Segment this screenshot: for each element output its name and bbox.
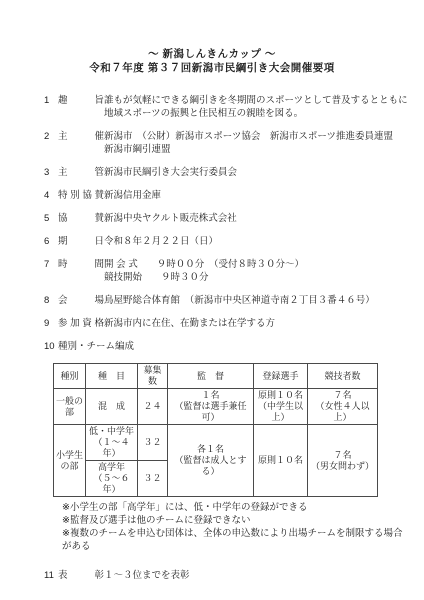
item-content: １～３位までを表彰: [104, 569, 190, 582]
item-content: 新潟市内に在住、在勤または在学する方: [104, 317, 275, 330]
item-label: 会 場: [58, 294, 104, 307]
item-label: 参加資格: [58, 317, 104, 330]
item-number: 1: [44, 94, 58, 107]
item-label: 協 賛: [58, 212, 104, 225]
cell-slots: ３２: [138, 461, 168, 497]
header-event: 種 目: [86, 364, 138, 389]
content-line: 新潟中央ヤクルト販売株式会社: [104, 212, 237, 225]
item-date: 6 期 日 令和８年２月２２日（日）: [44, 235, 410, 248]
item-label: 主 催: [58, 130, 104, 143]
note-line: ※監督及び選手は他のチームに登録できない: [62, 514, 410, 527]
cell-line: １名: [170, 390, 251, 401]
item-content: 新潟市民綱引き大会実行委員会: [104, 166, 237, 179]
cell-category: 小学生 の部: [54, 425, 86, 497]
item-number: 4: [44, 189, 58, 202]
item-team-composition: 10 種別・チーム編成: [44, 340, 410, 353]
item-label: 主 管: [58, 166, 104, 179]
header-registered-players: 登録選手: [254, 364, 308, 389]
table-row-general: 一般の部 混 成 ２４ １名 （監督は選手兼任可） 原則１０名 （中学生以上） …: [54, 389, 378, 425]
cell-line: （１～４年）: [88, 437, 135, 459]
content-line: 令和８年２月２２日（日）: [104, 235, 218, 248]
content-line: １～３位までを表彰: [104, 569, 190, 582]
content-line: 誰もが気軽にできる綱引きを冬期間のスポーツとして普及するとともに: [104, 94, 408, 107]
document-page: ～ 新潟しんきんカップ ～ 令和７年度 第３７回新潟市民綱引き大会開催要項 1 …: [0, 0, 424, 600]
cell-competitors: ７名 （女性４人以上）: [308, 389, 378, 425]
item-label: 特別協賛: [58, 189, 104, 202]
title-line2: 令和７年度 第３７回新潟市民綱引き大会開催要項: [0, 61, 424, 75]
content-line: 新潟市綱引連盟: [104, 143, 393, 156]
cell-competitors: ７名 （男女問わず）: [308, 425, 378, 497]
cell-line: 小学生: [56, 450, 83, 461]
cell-line: （監督は成人とする）: [170, 455, 251, 477]
item-content: 令和８年２月２２日（日）: [104, 235, 218, 248]
item-content: 誰もが気軽にできる綱引きを冬期間のスポーツとして普及するとともに 地域スポーツの…: [104, 94, 408, 120]
content-line: 新潟市内に在住、在勤または在学する方: [104, 317, 275, 330]
item-purpose: 1 趣 旨 誰もが気軽にできる綱引きを冬期間のスポーツとして普及するとともに 地…: [44, 94, 410, 120]
content-line: 地域スポーツの振興と住民相互の親睦を図る。: [104, 107, 408, 120]
cell-event: 混 成: [86, 389, 138, 425]
item-number: 2: [44, 130, 58, 143]
cell-line: 低・中学年: [88, 426, 135, 437]
item-number: 10: [44, 340, 58, 353]
table-notes: ※小学生の部「高学年」には、低・中学年の登録ができる ※監督及び選手は他のチーム…: [62, 501, 410, 553]
item-number: 11: [44, 569, 58, 582]
item-label: 表 彰: [58, 569, 104, 582]
item-label: 種別・チーム編成: [58, 340, 134, 353]
cell-registered-players: 原則１０名: [254, 425, 308, 497]
item-management: 3 主 管 新潟市民綱引き大会実行委員会: [44, 166, 410, 179]
table-header-row: 種別 種 目 募集数 監 督 登録選手 競技者数: [54, 364, 378, 389]
item-content: 新潟市 （公財）新潟市スポーツ協会 新潟市スポーツ推進委員連盟 新潟市綱引連盟: [104, 130, 393, 156]
item-content: 開 会 式 ９時００分 （受付８時３０分～） 競技開始 ９時３０分: [104, 258, 304, 284]
items-list: 1 趣 旨 誰もが気軽にできる綱引きを冬期間のスポーツとして普及するとともに 地…: [0, 94, 424, 582]
cell-line: 各１名: [170, 444, 251, 455]
cell-category: 一般の部: [54, 389, 86, 425]
cell-line: 高学年: [88, 462, 135, 473]
item-number: 3: [44, 166, 58, 179]
item-label: 時 間: [58, 258, 104, 271]
item-eligibility: 9 参加資格 新潟市内に在住、在勤または在学する方: [44, 317, 410, 330]
content-line: 新潟市 （公財）新潟市スポーツ協会 新潟市スポーツ推進委員連盟: [104, 130, 393, 143]
item-sponsor: 5 協 賛 新潟中央ヤクルト販売株式会社: [44, 212, 410, 225]
title-line1: ～ 新潟しんきんカップ ～: [0, 47, 424, 61]
item-number: 7: [44, 258, 58, 271]
item-organizer: 2 主 催 新潟市 （公財）新潟市スポーツ協会 新潟市スポーツ推進委員連盟 新潟…: [44, 130, 410, 156]
item-number: 5: [44, 212, 58, 225]
cell-line: （男女問わず）: [310, 461, 375, 472]
item-label: 趣 旨: [58, 94, 104, 107]
note-line: ※小学生の部「高学年」には、低・中学年の登録ができる: [62, 501, 410, 514]
cell-line: （中学生以上）: [256, 401, 305, 423]
item-special-sponsor: 4 特別協賛 新潟信用金庫: [44, 189, 410, 202]
cell-registered-players: 原則１０名 （中学生以上）: [254, 389, 308, 425]
cell-line: 原則１０名: [256, 390, 305, 401]
header-category: 種別: [54, 364, 86, 389]
item-venue: 8 会 場 鳥屋野総合体育館 （新潟市中央区神道寺南２丁目３番４６号）: [44, 294, 410, 307]
cell-line: ７名: [310, 450, 375, 461]
item-content: 新潟信用金庫: [104, 189, 161, 202]
content-line: 開 会 式 ９時００分 （受付８時３０分～）: [104, 258, 304, 271]
note-line: ※複数のチームを申込む団体は、全体の申込数により出場チームを制限する場合がある: [62, 527, 410, 553]
cell-coach: １名 （監督は選手兼任可）: [168, 389, 254, 425]
cell-line: の部: [56, 461, 83, 472]
team-composition-table: 種別 種 目 募集数 監 督 登録選手 競技者数 一般の部 混 成 ２４ １名 …: [53, 363, 378, 497]
cell-line: （監督は選手兼任可）: [170, 401, 251, 423]
cell-line: （５～６年）: [88, 473, 135, 495]
item-awards: 11 表 彰 １～３位までを表彰: [44, 569, 410, 582]
table-row-elementary-lower: 小学生 の部 低・中学年 （１～４年） ３２ 各１名 （監督は成人とする） 原則…: [54, 425, 378, 461]
item-time: 7 時 間 開 会 式 ９時００分 （受付８時３０分～） 競技開始 ９時３０分: [44, 258, 410, 284]
item-number: 9: [44, 317, 58, 330]
item-content: 鳥屋野総合体育館 （新潟市中央区神道寺南２丁目３番４６号）: [104, 294, 375, 307]
content-line: 新潟信用金庫: [104, 189, 161, 202]
item-number: 6: [44, 235, 58, 248]
item-content: 新潟中央ヤクルト販売株式会社: [104, 212, 237, 225]
cell-coach: 各１名 （監督は成人とする）: [168, 425, 254, 497]
cell-event: 低・中学年 （１～４年）: [86, 425, 138, 461]
header-coach: 監 督: [168, 364, 254, 389]
cell-slots: ２４: [138, 389, 168, 425]
cell-line: ７名: [310, 390, 375, 401]
header-competitors: 競技者数: [308, 364, 378, 389]
item-label: 期 日: [58, 235, 104, 248]
header-slots: 募集数: [138, 364, 168, 389]
cell-event: 高学年 （５～６年）: [86, 461, 138, 497]
content-line: 新潟市民綱引き大会実行委員会: [104, 166, 237, 179]
content-line: 鳥屋野総合体育館 （新潟市中央区神道寺南２丁目３番４６号）: [104, 294, 375, 307]
content-line: 競技開始 ９時３０分: [104, 271, 304, 284]
item-number: 8: [44, 294, 58, 307]
cell-line: （女性４人以上）: [310, 401, 375, 423]
cell-slots: ３２: [138, 425, 168, 461]
document-title: ～ 新潟しんきんカップ ～ 令和７年度 第３７回新潟市民綱引き大会開催要項: [0, 0, 424, 75]
